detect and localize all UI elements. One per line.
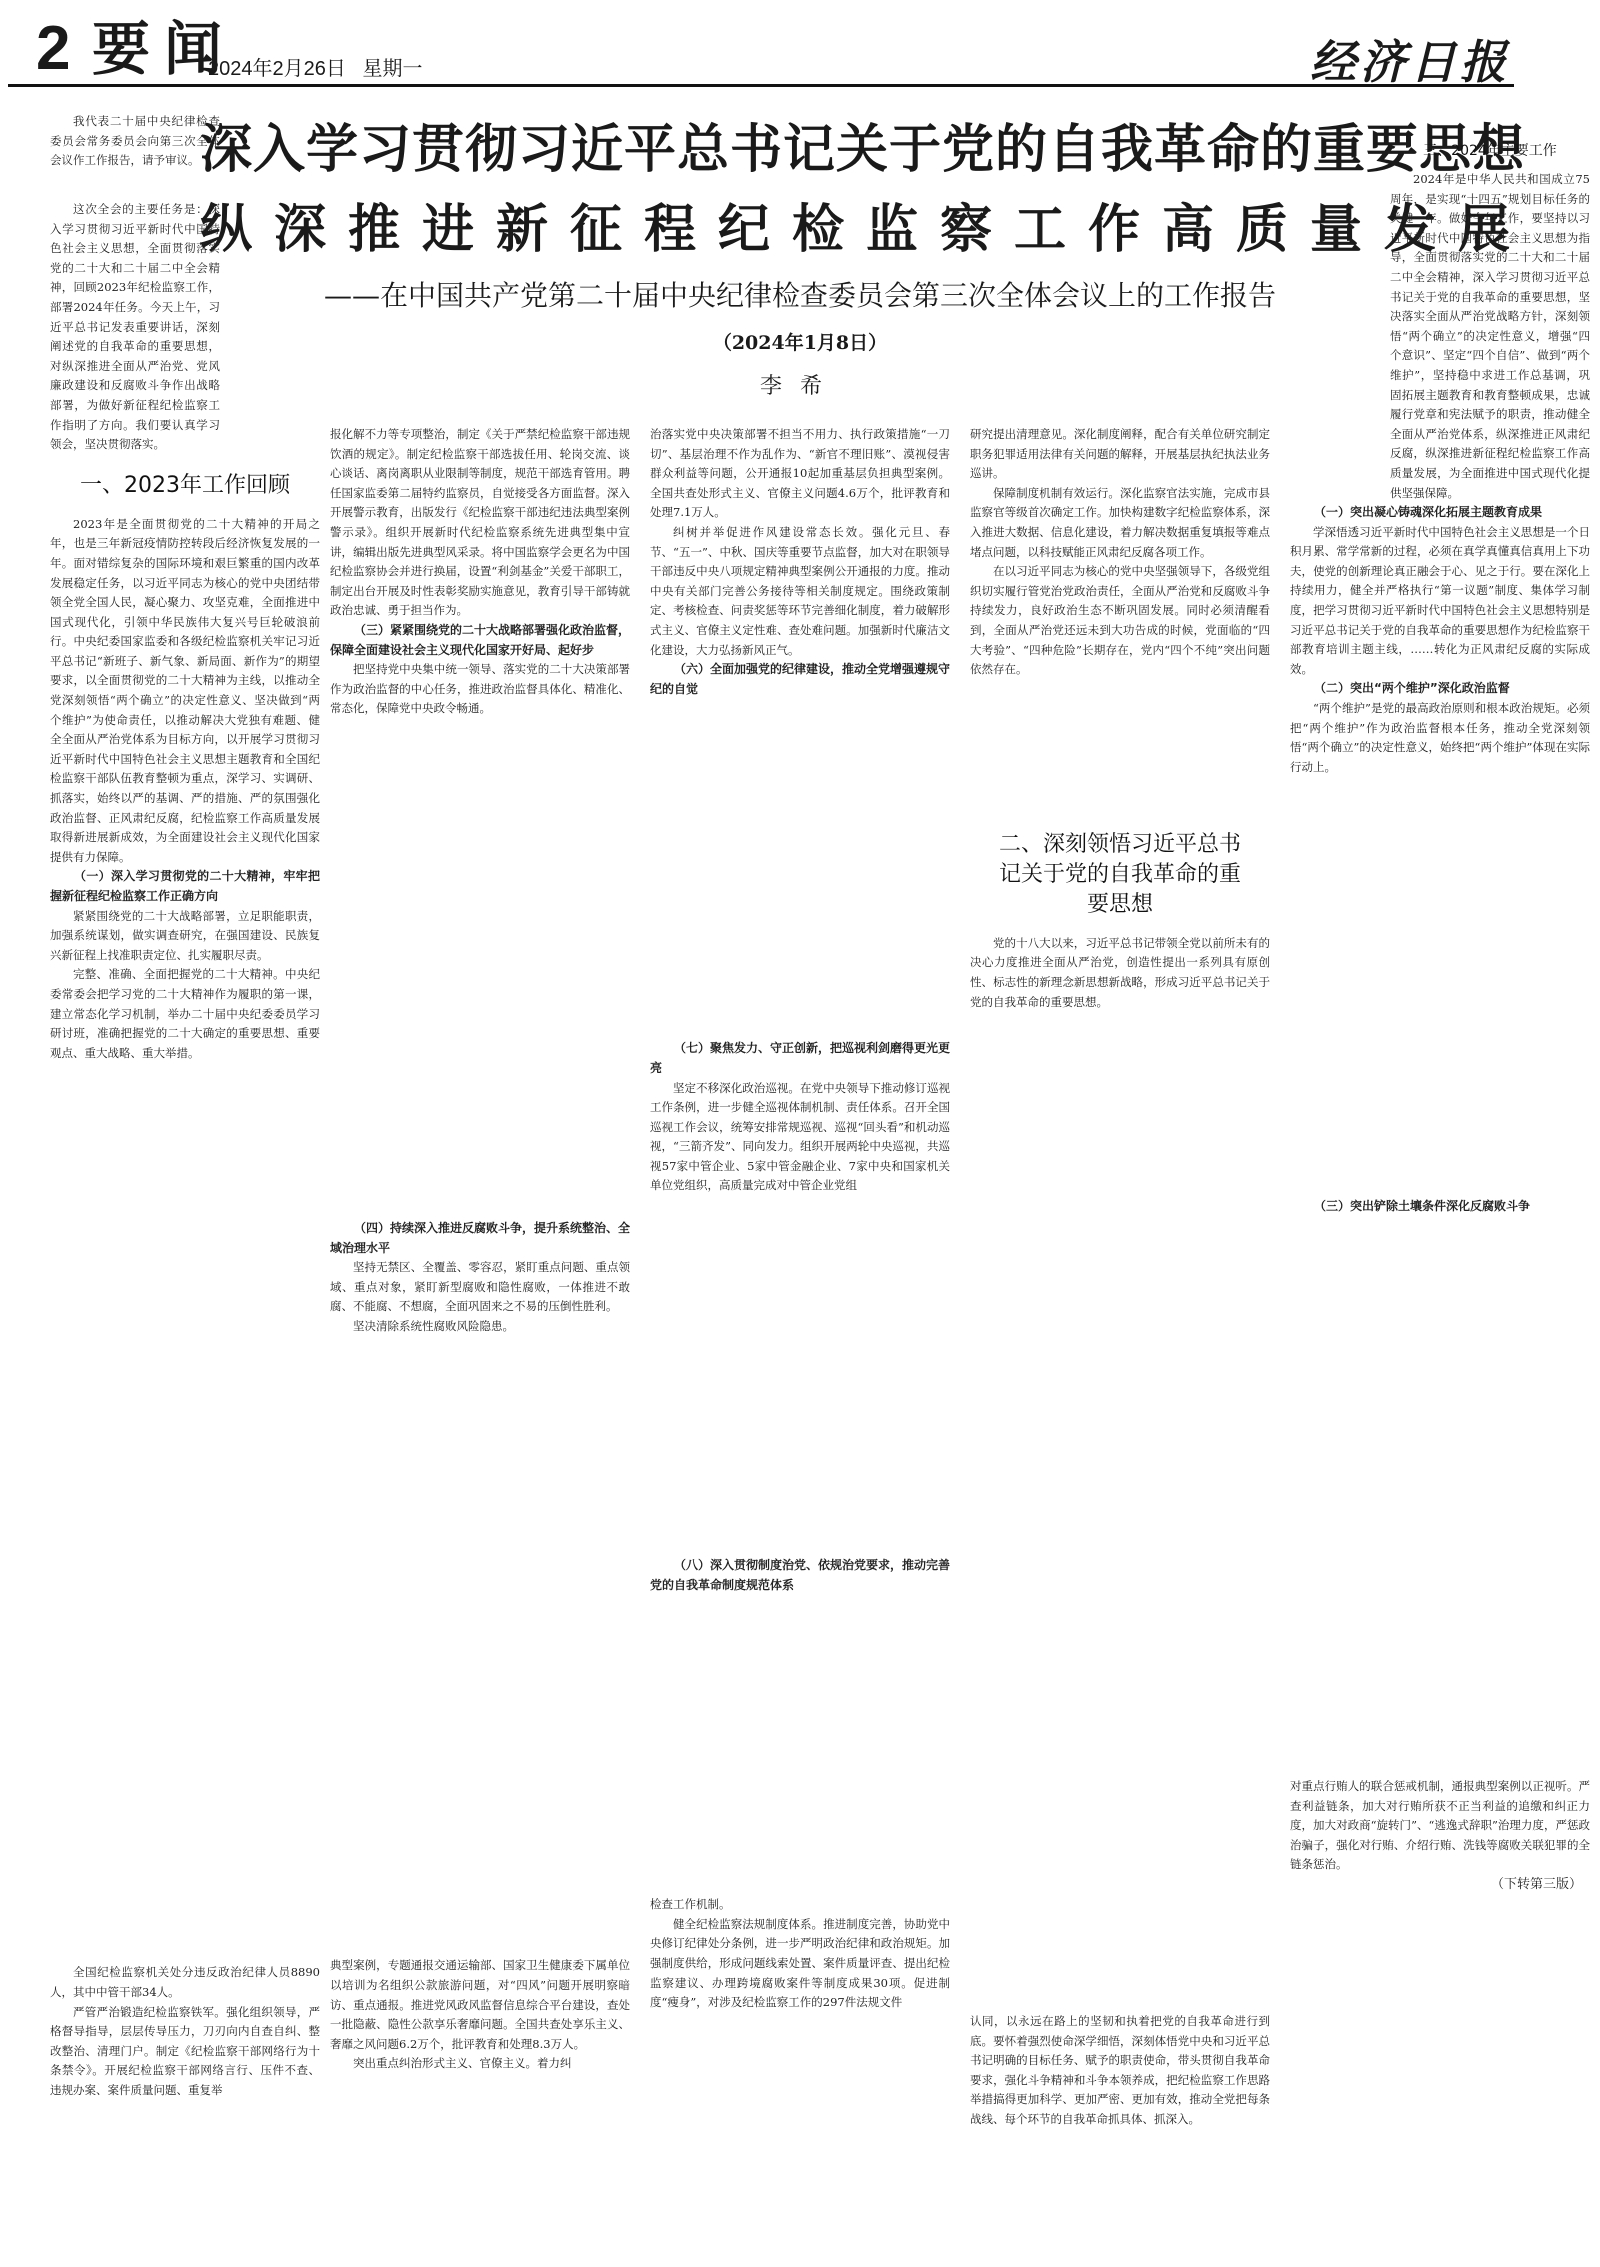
body-paragraph: 突出重点纠治形式主义、官僚主义。着力纠 xyxy=(330,2054,630,2074)
section-1-heading: 一、2023年工作回顾 xyxy=(50,471,320,501)
body-paragraph: 治落实党中央决策部署不担当不用力、执行政策措施“一刀切”、基层治理不作为乱作为、… xyxy=(650,425,950,523)
masthead: 2 要闻 2024年2月26日 星期一 经济日报 xyxy=(0,0,1600,90)
subheading: （一）深入学习贯彻党的二十大精神，牢牢把握新征程纪检监察工作正确方向 xyxy=(50,867,320,906)
intro-paragraph: 我代表二十届中央纪律检查委员会常务委员会向第三次全体会议作工作报告，请予审议。 xyxy=(50,112,220,171)
body-paragraph: 保障制度机制有效运行。深化监察官法实施，完成市县监察官等级首次确定工作。加快构建… xyxy=(970,484,1270,562)
subheading: （一）突出凝心铸魂深化拓展主题教育成果 xyxy=(1290,503,1590,523)
subheading: （七）聚焦发力、守正创新，把巡视利剑磨得更光更亮 xyxy=(650,1039,950,1078)
article-header: 深入学习贯彻习近平总书记关于党的自我革命的重要思想 纵深推进新征程纪检监察工作高… xyxy=(200,110,1400,400)
body-paragraph: 党的十八大以来，习近平总书记带领全党以前所未有的决心力度推进全面从严治党，创造性… xyxy=(970,934,1270,1012)
body-paragraph: 学深悟透习近平新时代中国特色社会主义思想是一个日积月累、常学常新的过程，必须在真… xyxy=(1290,523,1590,680)
headline-line-1: 深入学习贯彻习近平总书记关于党的自我革命的重要思想 xyxy=(200,110,1400,190)
section-3-intro: 2024年是中华人民共和国成立75周年，是实现“十四五”规划目标任务的关键一年。… xyxy=(1290,170,1590,503)
page-number: 2 xyxy=(36,18,70,80)
body-paragraph: 2023年是全面贯彻党的二十大精神的开局之年，也是三年新冠疫情防控转段后经济恢复… xyxy=(50,515,320,868)
newspaper-logo: 经济日报 xyxy=(1310,26,1510,92)
body-paragraph: 把坚持党中央集中统一领导、落实党的二十大决策部署作为政治监督的中心任务，推进政治… xyxy=(330,660,630,719)
subheading: （二）突出“两个维护”深化政治监督 xyxy=(1290,679,1590,699)
date: 2024年2月26日 xyxy=(208,58,346,80)
column-1: 这次全会的主要任务是：深入学习贯彻习近平新时代中国特色社会主义思想，全面贯彻落实… xyxy=(50,200,320,2260)
section-2-heading: 二、深刻领悟习近平总书记关于党的自我革命的重要思想 xyxy=(970,830,1270,920)
body-paragraph: 完整、准确、全面把握党的二十大精神。中央纪委常委会把学习党的二十大精神作为履职的… xyxy=(50,965,320,1063)
body-paragraph: 紧紧围绕党的二十大战略部署，立足职能职责，加强系统谋划，做实调查研究，在强国建设… xyxy=(50,907,320,966)
issue-date: 2024年2月26日 星期一 xyxy=(208,52,423,81)
intro-paragraph: 这次全会的主要任务是：深入学习贯彻习近平新时代中国特色社会主义思想，全面贯彻落实… xyxy=(50,200,220,455)
body-paragraph: 2024年是中华人民共和国成立75周年，是实现“十四五”规划目标任务的关键一年。… xyxy=(1390,170,1590,503)
intro-continued: 这次全会的主要任务是：深入学习贯彻习近平新时代中国特色社会主义思想，全面贯彻落实… xyxy=(50,200,220,455)
headline-line-2: 纵深推进新征程纪检监察工作高质量发展 xyxy=(200,190,1400,270)
body-paragraph: “两个维护”是党的最高政治原则和根本政治规矩。必须把“两个维护”作为政治监督根本… xyxy=(1290,699,1590,777)
body-paragraph: 纠树并举促进作风建设常态长效。强化元旦、春节、“五一”、中秋、国庆等重要节点监督… xyxy=(650,523,950,660)
body-paragraph: 健全纪检监察法规制度体系。推进制度完善，协助党中央修订纪律处分条例，进一步严明政… xyxy=(650,1915,950,2013)
body-paragraph: 典型案例，专题通报交通运输部、国家卫生健康委下属单位以培训为名组织公款旅游问题，… xyxy=(330,1956,630,2054)
section-3-heading: 三、2024年主要工作 xyxy=(1290,140,1590,160)
body-paragraph: 坚决清除系统性腐败风险隐患。 xyxy=(330,1317,630,1337)
column-2: 报化解不力等专项整治，制定《关于严禁纪检监察干部违规饮酒的规定》。制定纪检监察干… xyxy=(330,425,630,2260)
body-paragraph: 报化解不力等专项整治，制定《关于严禁纪检监察干部违规饮酒的规定》。制定纪检监察干… xyxy=(330,425,630,621)
body-paragraph: 认同，以永远在路上的坚韧和执着把党的自我革命进行到底。要怀着强烈使命深学细悟，深… xyxy=(970,2012,1270,2130)
body-paragraph: 坚持无禁区、全覆盖、零容忍，紧盯重点问题、重点领域、重点对象，紧盯新型腐败和隐性… xyxy=(330,1258,630,1317)
article-subtitle: ——在中国共产党第二十届中央纪律检查委员会第三次全体会议上的工作报告 xyxy=(200,274,1400,318)
report-date: （2024年1月8日） xyxy=(200,328,1400,355)
body-paragraph: 坚定不移深化政治巡视。在党中央领导下推动修订巡视工作条例，进一步健全巡视体制机制… xyxy=(650,1079,950,1197)
body-paragraph: 严管严治锻造纪检监察铁军。强化组织领导，严格督导指导，层层传导压力，刀刃向内自查… xyxy=(50,2003,320,2101)
subheading: （八）深入贯彻制度治党、依规治党要求，推动完善党的自我革命制度规范体系 xyxy=(650,1556,950,1595)
subheading: （三）紧紧围绕党的二十大战略部署强化政治监督，保障全面建设社会主义现代化国家开好… xyxy=(330,621,630,660)
body-paragraph: 检查工作机制。 xyxy=(650,1895,950,1915)
subheading: （三）突出铲除土壤条件深化反腐败斗争 xyxy=(1290,1197,1590,1217)
weekday: 星期一 xyxy=(363,58,423,80)
body-paragraph: 研究提出清理意见。深化制度阐释，配合有关单位研究制定职务犯罪适用法律有关问题的解… xyxy=(970,425,1270,484)
body-paragraph: 在以习近平同志为核心的党中央坚强领导下，各级党组织切实履行管党治党政治责任，全面… xyxy=(970,562,1270,680)
subheading: （六）全面加强党的纪律建设，推动全党增强遵规守纪的自觉 xyxy=(650,660,950,699)
column-5: 三、2024年主要工作 2024年是中华人民共和国成立75周年，是实现“十四五”… xyxy=(1290,140,1590,2260)
author-byline: 李希 xyxy=(200,369,1400,400)
column-4: 研究提出清理意见。深化制度阐释，配合有关单位研究制定职务犯罪适用法律有关问题的解… xyxy=(970,425,1270,2260)
body-paragraph: 全国纪检监察机关处分违反政治纪律人员8890人，其中中管干部34人。 xyxy=(50,1963,320,2002)
body-paragraph: 对重点行贿人的联合惩戒机制，通报典型案例以正视听。严查利益链条，加大对行贿所获不… xyxy=(1290,1777,1590,1875)
column-3: 治落实党中央决策部署不担当不用力、执行政策措施“一刀切”、基层治理不作为乱作为、… xyxy=(650,425,950,2260)
subheading: （四）持续深入推进反腐败斗争，提升系统整治、全域治理水平 xyxy=(330,1219,630,1258)
intro-column: 我代表二十届中央纪律检查委员会常务委员会向第三次全体会议作工作报告，请予审议。 xyxy=(50,112,220,171)
continued-notice: （下转第三版） xyxy=(1290,1875,1590,1895)
masthead-rule xyxy=(8,84,1514,87)
